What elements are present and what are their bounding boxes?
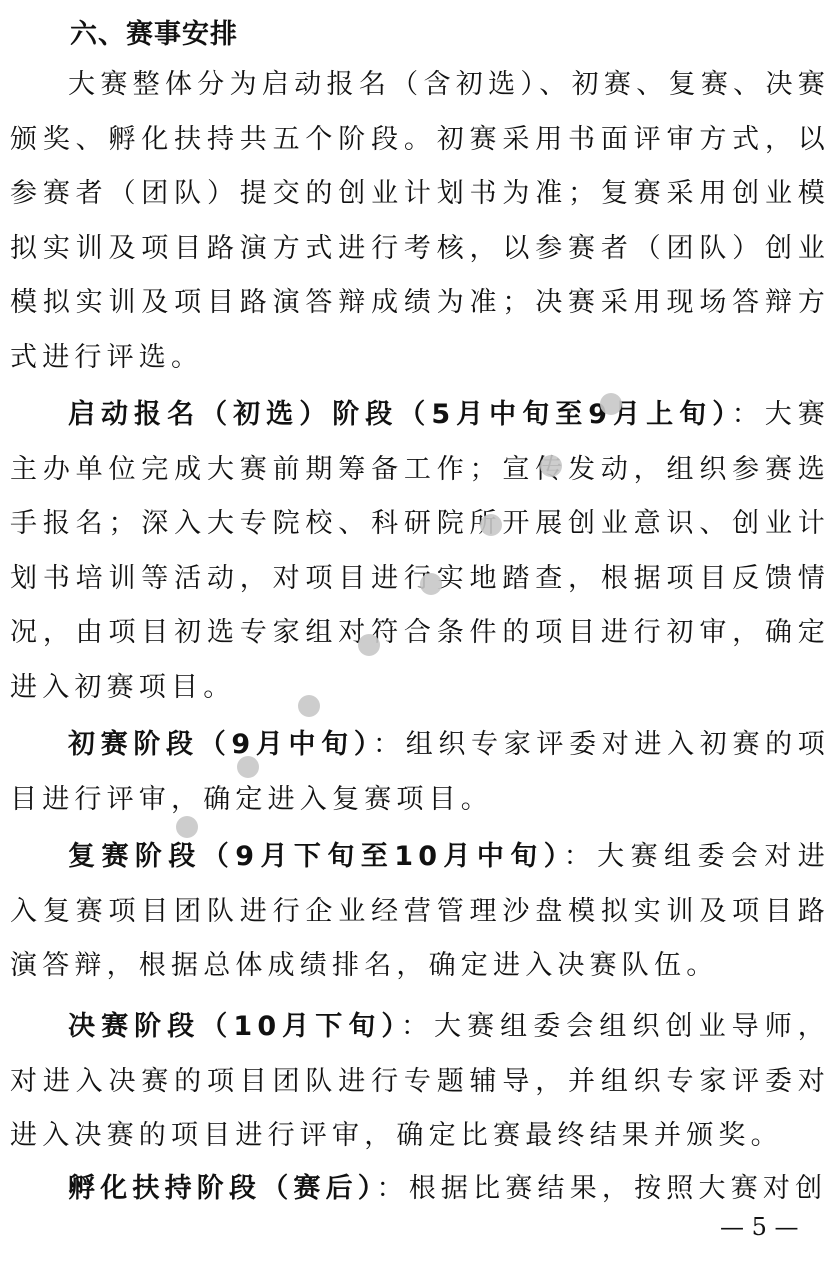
paragraph-lead: 决赛阶段（10月下旬） <box>68 1011 401 1042</box>
paragraph-lead: 孵化扶持阶段（赛后） <box>68 1173 377 1204</box>
paragraph-text: 大赛整体分为启动报名（含初选）、初赛、复赛、决赛颁奖、孵化扶持共五个阶段。初赛采… <box>10 69 830 373</box>
marker-dot <box>237 756 259 778</box>
paragraph-incubation: 孵化扶持阶段（赛后）：根据比赛结果，按照大赛对创 <box>10 1162 830 1217</box>
paragraph-semifinal: 复赛阶段（9月下旬至10月中旬）：大赛组委会对进入复赛项目团队进行企业经营管理沙… <box>10 830 830 994</box>
marker-dot <box>600 393 622 415</box>
paragraph-preliminary: 初赛阶段（9月中旬）：组织专家评委对进入初赛的项目进行评审，确定进入复赛项目。 <box>10 718 830 827</box>
marker-dot <box>480 514 502 536</box>
paragraph-lead: 复赛阶段（9月下旬至10月中旬） <box>68 841 564 872</box>
paragraph-registration: 启动报名（初选）阶段（5月中旬至9月上旬）：大赛主办单位完成大赛前期筹备工作；宣… <box>10 388 830 715</box>
marker-dot <box>176 816 198 838</box>
page-number: — 5 — <box>720 1213 799 1241</box>
document-page: 六、赛事安排 大赛整体分为启动报名（含初选）、初赛、复赛、决赛颁奖、孵化扶持共五… <box>0 0 835 1275</box>
marker-dot <box>420 573 442 595</box>
paragraph-text: ：根据比赛结果，按照大赛对创 <box>377 1173 828 1204</box>
section-heading: 六、赛事安排 <box>70 12 238 51</box>
paragraph-final: 决赛阶段（10月下旬）：大赛组委会组织创业导师，对进入决赛的项目团队进行专题辅导… <box>10 1000 830 1164</box>
paragraph-lead: 初赛阶段（9月中旬） <box>68 729 373 760</box>
paragraph-lead: 启动报名（初选）阶段（5月中旬至9月上旬） <box>68 399 732 430</box>
paragraph-text: ：大赛主办单位完成大赛前期筹备工作；宣传发动，组织参赛选手报名；深入大专院校、科… <box>10 399 830 703</box>
marker-dot <box>298 695 320 717</box>
marker-dot <box>540 455 562 477</box>
paragraph-overview: 大赛整体分为启动报名（含初选）、初赛、复赛、决赛颁奖、孵化扶持共五个阶段。初赛采… <box>10 58 830 385</box>
marker-dot <box>358 634 380 656</box>
